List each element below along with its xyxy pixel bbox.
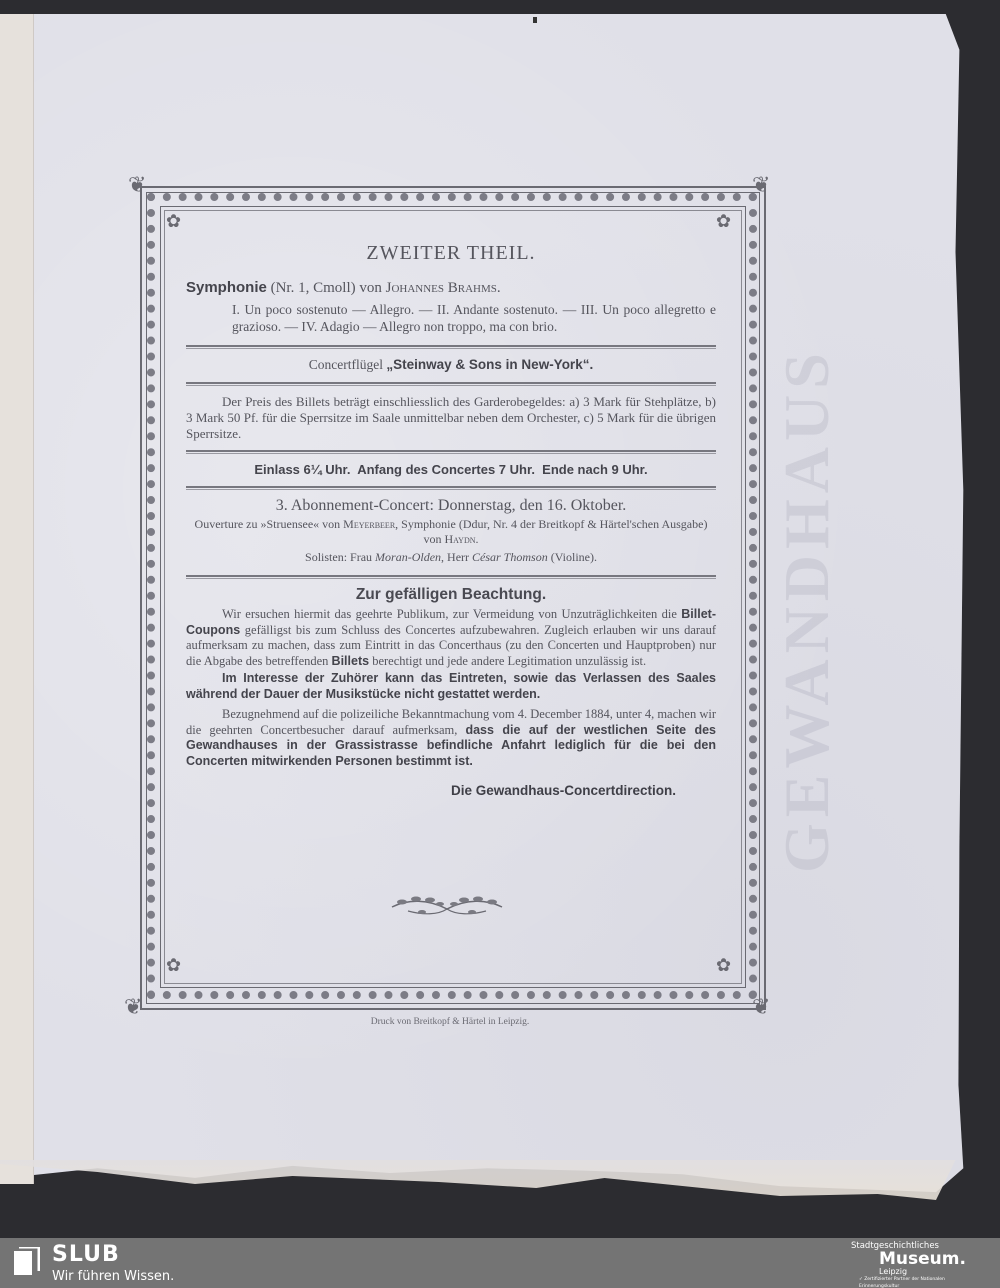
symphony-label: Symphonie <box>186 279 267 296</box>
corner-ornament-icon: ❦ <box>128 174 146 196</box>
inner-corner-ornament-icon: ✿ <box>166 212 181 230</box>
soloists-prefix: Solisten: Frau <box>305 550 372 564</box>
concert-times: Einlass 6¼ Uhr. Anfang des Concertes 7 U… <box>186 462 716 479</box>
paper-fold-strip <box>0 14 34 1184</box>
divider <box>186 382 716 386</box>
composer-meyerbeer: Meyerbeer <box>343 517 395 531</box>
programme-text: Ouverture zu »Struensee« von <box>195 517 341 531</box>
inner-corner-ornament-icon: ✿ <box>716 212 731 230</box>
notice-paragraph-1: Wir ersuchen hiermit das geehrte Publiku… <box>186 607 716 669</box>
soloist-name: César Thomson <box>472 550 548 564</box>
ticket-prices: Der Preis des Billets beträgt einschlies… <box>186 394 716 442</box>
inner-corner-ornament-icon: ✿ <box>716 956 731 974</box>
floral-vignette-icon <box>388 893 506 919</box>
signature: Die Gewandhaus-Concertdirection. <box>186 783 716 800</box>
museum-certification: ✓ Zertifizierter Partner der Nationalen … <box>851 1276 986 1288</box>
printer-imprint: Druck von Breitkopf & Härtel in Leipzig. <box>300 1017 600 1027</box>
soloists-line: Solisten: Frau Moran-Olden, Herr César T… <box>186 550 716 565</box>
slub-logo-icon[interactable] <box>14 1247 40 1277</box>
symphony-composer: Johannes Brahms. <box>386 280 501 296</box>
divider <box>186 450 716 454</box>
programme-text: , Symphonie (Ddur, Nr. 4 der Breitkopf &… <box>395 517 707 546</box>
notice-paragraph-3: Bezugnehmend auf die polizeiliche Bekann… <box>186 707 716 769</box>
notice-paragraph-2: Im Interesse der Zuhörer kann das Eintre… <box>186 671 716 702</box>
composer-haydn: Haydn. <box>444 532 478 546</box>
inner-corner-ornament-icon: ✿ <box>166 956 181 974</box>
footer-bar: SLUB Wir führen Wissen. Stadtgeschichtli… <box>0 1238 1000 1288</box>
next-concert-heading: 3. Abonnement-Concert: Donnerstag, den 1… <box>186 498 716 515</box>
museum-logo[interactable]: Stadtgeschichtliches Museum. Leipzig ✓ Z… <box>851 1241 986 1288</box>
piano-prefix: Concertflügel <box>309 357 383 372</box>
divider <box>186 575 716 579</box>
slub-brand[interactable]: SLUB <box>52 1242 120 1267</box>
soloist-name: Moran-Olden <box>375 550 441 564</box>
divider <box>186 345 716 349</box>
section-title: ZWEITER THEIL. <box>186 245 716 262</box>
soloists-mid: , Herr <box>441 550 469 564</box>
corner-ornament-icon: ❦ <box>752 174 770 196</box>
slub-tagline: Wir führen Wissen. <box>52 1269 174 1284</box>
programme-content: ZWEITER THEIL. Symphonie (Nr. 1, Cmoll) … <box>186 245 716 800</box>
page-mark <box>533 17 537 23</box>
museum-name: Museum. <box>851 1251 986 1267</box>
notice-bold: Billets <box>332 654 370 668</box>
notice-title: Zur gefälligen Beachtung. <box>186 587 716 604</box>
symphony-line: Symphonie (Nr. 1, Cmoll) von Johannes Br… <box>186 280 716 297</box>
piano-brand: „Steinway & Sons in New-York“. <box>386 357 593 372</box>
show-through-text: GEWANDHAUS <box>770 150 840 1070</box>
piano-line: Concertflügel „Steinway & Sons in New-Yo… <box>186 357 716 374</box>
soloists-suffix: (Violine). <box>551 550 597 564</box>
notice-text: Wir ersuchen hiermit das geehrte Publiku… <box>222 607 677 621</box>
divider <box>186 486 716 490</box>
notice-text: berechtigt und jede andere Legitimation … <box>372 654 646 668</box>
corner-ornament-icon: ❦ <box>124 996 142 1018</box>
next-concert-programme: Ouverture zu »Struensee« von Meyerbeer, … <box>186 517 716 547</box>
symphony-movements: I. Un poco sostenuto — Allegro. — II. An… <box>186 302 716 335</box>
corner-ornament-icon: ❦ <box>752 996 770 1018</box>
symphony-detail: (Nr. 1, Cmoll) von <box>271 280 382 296</box>
